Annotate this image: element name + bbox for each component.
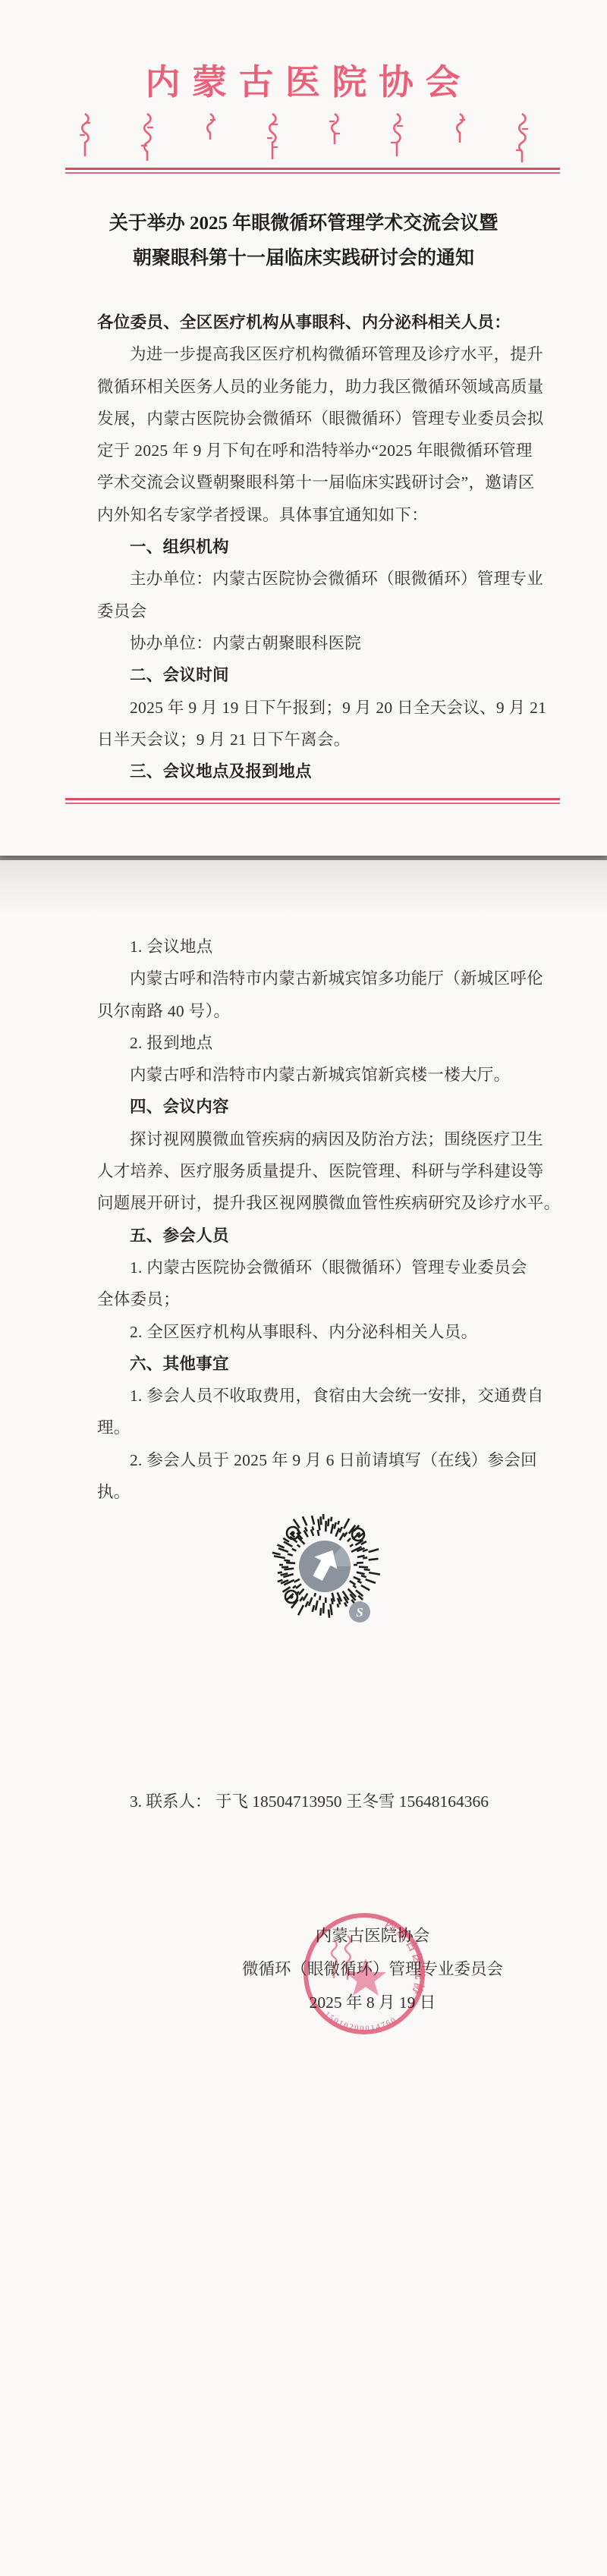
text-line: 学术交流会议暨朝聚眼科第十一届临床实践研讨会”，邀请区	[97, 467, 542, 498]
page-1: 内 蒙 古 医 院 协 会 关于举办 2025 年眼微循环管理学术交流会议暨 朝…	[0, 0, 607, 856]
text-line: 一、组织机构	[97, 531, 542, 563]
notice-title-line2: 朝聚眼科第十一届临床实践研讨会的通知	[46, 241, 561, 276]
contact-line: 3. 联系人： 于飞 18504713950 王冬雪 15648164366	[97, 1786, 568, 1817]
svg-text:S: S	[356, 1605, 363, 1619]
text-line: 定于 2025 年 9 月下旬在呼和浩特举办“2025 年眼微循环管理	[97, 435, 542, 467]
text-line: 委员会	[97, 595, 542, 627]
scanned-notice-screenshot: { "letterhead": { "org_title": "内 蒙 古 医 …	[0, 0, 607, 2576]
text-line: 1. 会议地点	[97, 931, 542, 963]
text-line: 执。	[97, 1476, 542, 1508]
body-text-page2: 1. 会议地点内蒙古呼和浩特市内蒙古新城宾馆多功能厅（新城区呼伦贝尔南路 40 …	[97, 931, 542, 1508]
mongolian-glyph-icon	[326, 112, 344, 146]
mongolian-glyph-icon	[138, 112, 156, 162]
text-line: 主办单位：内蒙古医院协会微循环（眼微循环）管理专业	[97, 563, 542, 595]
text-line: 五、参会人员	[97, 1220, 542, 1252]
text-line: 二、会议时间	[97, 659, 542, 691]
text-line: 为进一步提高我区医疗机构微循环管理及诊疗水平，提升	[97, 338, 542, 370]
text-line: 贝尔南路 40 号）。	[97, 995, 542, 1027]
seal-mongolian-icon	[332, 1936, 351, 1980]
seal-star-icon	[345, 1959, 386, 1996]
text-line: 协办单位：内蒙古朝聚眼科医院	[97, 627, 542, 659]
text-line: 各位委员、全区医疗机构从事眼科、内分泌科相关人员：	[97, 306, 542, 338]
mongolian-glyph-icon	[263, 112, 281, 161]
text-line: 三、会议地点及报到地点	[97, 756, 542, 787]
text-line: 理。	[97, 1412, 542, 1444]
qr-center-logo-arrow-icon	[299, 1541, 351, 1592]
notice-title-line1: 关于举办 2025 年眼微循环管理学术交流会议暨	[46, 206, 561, 241]
mongolian-glyph-icon	[201, 112, 219, 141]
wechat-miniprogram-code: S	[264, 1504, 385, 1626]
text-line: 六、其他事宜	[97, 1348, 542, 1380]
text-line: 内蒙古呼和浩特市内蒙古新城宾馆多功能厅（新城区呼伦	[97, 963, 542, 994]
body-text-page1: 各位委员、全区医疗机构从事眼科、内分泌科相关人员：为进一步提高我区医疗机构微循环…	[97, 306, 542, 787]
notice-title: 关于举办 2025 年眼微循环管理学术交流会议暨 朝聚眼科第十一届临床实践研讨会…	[46, 206, 561, 276]
text-line: 2. 报到地点	[97, 1027, 542, 1059]
text-line: 问题展开研讨，提升我区视网膜微血管性疾病研究及诊疗水平。	[97, 1187, 542, 1219]
text-line: 日半天会议；9 月 21 日下午离会。	[97, 724, 542, 756]
qr-s-badge-icon: S	[349, 1601, 370, 1623]
text-line: 1. 参会人员不收取费用，食宿由大会统一安排，交通费自	[97, 1380, 542, 1412]
text-line: 内外知名专家学者授课。具体事宜通知如下：	[97, 499, 542, 531]
text-line: 人才培养、医疗服务质量提升、医院管理、科研与学科建设等	[97, 1155, 542, 1187]
text-line: 2. 参会人员于 2025 年 9 月 6 日前请填写（在线）参会回	[97, 1444, 542, 1476]
footer-divider-rule	[65, 798, 560, 804]
letterhead-divider-rule	[65, 168, 560, 174]
text-line: 微循环相关医务人员的业务能力，助力我区微循环领域高质量	[97, 371, 542, 403]
text-line: 2025 年 9 月 19 日下午报到；9 月 20 日全天会议、9 月 21	[97, 692, 542, 724]
text-line: 四、会议内容	[97, 1091, 542, 1123]
mongolian-glyph-icon	[388, 112, 406, 158]
page-2: 1. 会议地点内蒙古呼和浩特市内蒙古新城宾馆多功能厅（新城区呼伦贝尔南路 40 …	[0, 860, 607, 2576]
text-line: 发展，内蒙古医院协会微循环（眼微循环）管理专业委员会拟	[97, 403, 542, 435]
text-line: 内蒙古呼和浩特市内蒙古新城宾馆新宾楼一楼大厅。	[97, 1059, 542, 1091]
letterhead-org-title: 内 蒙 古 医 院 协 会	[0, 55, 607, 105]
text-line: 1. 内蒙古医院协会微循环（眼微循环）管理专业委员会	[97, 1252, 542, 1283]
text-line: 全体委员；	[97, 1283, 542, 1315]
mongolian-glyph-icon	[451, 112, 469, 144]
text-line: 2. 全区医疗机构从事眼科、内分泌科相关人员。	[97, 1316, 542, 1348]
mongolian-script-row	[76, 112, 531, 164]
mongolian-glyph-icon	[513, 112, 531, 164]
mongolian-glyph-icon	[76, 112, 94, 159]
text-line: 探讨视网膜微血管疾病的病因及防治方法；围绕医疗卫生	[97, 1123, 542, 1155]
official-seal: 内蒙古医院协会 15010200014760	[300, 1910, 428, 2037]
